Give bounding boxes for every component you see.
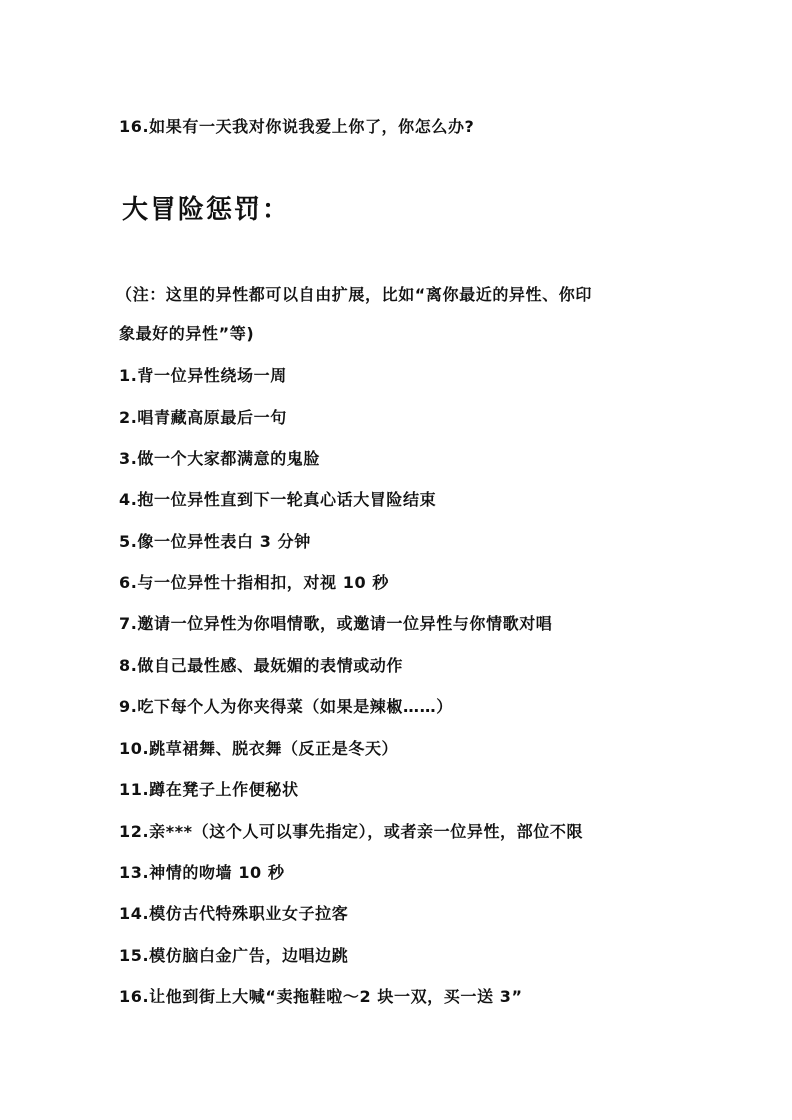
dare-item-6: 6.与一位异性十指相扣，对视 10 秒: [119, 573, 389, 593]
section-title-dare-penalties: 大冒险惩罚：: [122, 193, 290, 227]
dare-item-12: 12.亲***（这个人可以事先指定），或者亲一位异性，部位不限: [119, 822, 583, 842]
dare-item-2: 2.唱青藏高原最后一句: [119, 408, 287, 428]
dare-item-11: 11.蹲在凳子上作便秘状: [119, 780, 299, 800]
note-line-2: 象最好的异性”等): [119, 324, 254, 344]
note-line-1: （注：这里的异性都可以自由扩展，比如“离你最近的异性、你印: [116, 285, 592, 305]
dare-item-13: 13.神情的吻墙 10 秒: [119, 863, 285, 883]
dare-item-10: 10.跳草裙舞、脱衣舞（反正是冬天）: [119, 739, 398, 759]
dare-item-15: 15.模仿脑白金广告，边唱边跳: [119, 946, 348, 966]
document-page: 16.如果有一天我对你说我爱上你了，你怎么办? 大冒险惩罚： （注：这里的异性都…: [0, 0, 792, 1120]
dare-item-1: 1.背一位异性绕场一周: [119, 366, 287, 386]
dare-item-9: 9.吃下每个人为你夹得菜（如果是辣椒……）: [119, 697, 453, 717]
dare-item-8: 8.做自己最性感、最妩媚的表情或动作: [119, 656, 403, 676]
dare-item-4: 4.抱一位异性直到下一轮真心话大冒险结束: [119, 490, 436, 510]
dare-item-16: 16.让他到街上大喊“卖拖鞋啦～2 块一双，买一送 3”: [119, 987, 523, 1007]
dare-item-3: 3.做一个大家都满意的鬼脸: [119, 449, 320, 469]
dare-item-7: 7.邀请一位异性为你唱情歌，或邀请一位异性与你情歌对唱: [119, 614, 552, 634]
truth-question-16: 16.如果有一天我对你说我爱上你了，你怎么办?: [119, 117, 474, 137]
dare-item-14: 14.模仿古代特殊职业女子拉客: [119, 904, 348, 924]
dare-item-5: 5.像一位异性表白 3 分钟: [119, 532, 311, 552]
